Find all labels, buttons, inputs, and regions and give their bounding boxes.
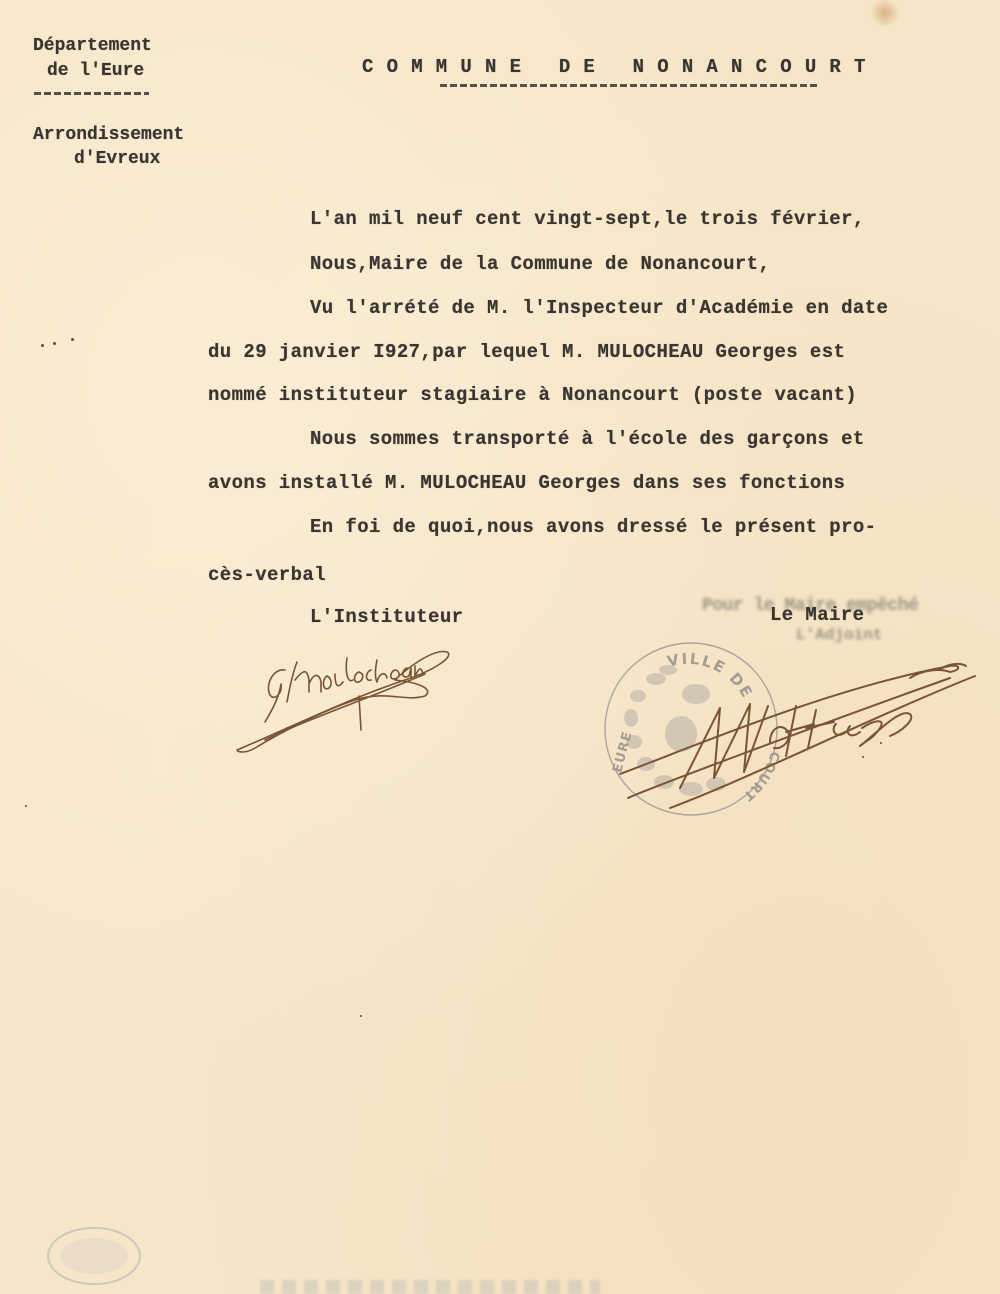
paper-speck (53, 342, 56, 345)
body-line-5: nommé instituteur stagiaire à Nonancourt… (208, 384, 857, 406)
faded-bottom-text (260, 1280, 600, 1294)
adjoint-stamp: L'Adjoint (796, 626, 882, 644)
body-line-9: cès-verbal (208, 564, 326, 586)
body-line-1: L'an mil neuf cent vingt-sept,le trois f… (310, 208, 865, 230)
paper-speck (41, 344, 44, 347)
arrondissement-line-2: d'Evreux (74, 149, 160, 169)
body-line-4: du 29 janvier I927,par lequel M. MULOCHE… (208, 341, 845, 363)
paper-speck (25, 805, 27, 807)
paper-speck (360, 1015, 362, 1017)
body-line-6: Nous sommes transporté à l'école des gar… (310, 428, 865, 450)
body-line-2: Nous,Maire de la Commune de Nonancourt, (310, 253, 770, 275)
paper-stain (868, 0, 902, 26)
body-line-8: En foi de quoi,nous avons dressé le prés… (310, 516, 877, 538)
department-line-2: de l'Eure (47, 61, 144, 81)
department-line-1: Département (33, 36, 152, 56)
header-left-rule (34, 92, 149, 95)
faded-archive-stamp (44, 1222, 144, 1292)
body-line-3: Vu l'arrété de M. l'Inspecteur d'Académi… (310, 297, 888, 319)
document-title: COMMUNE DE NONANCOURT (362, 56, 879, 78)
maire-signature (610, 648, 990, 818)
arrondissement-line-1: Arrondissement (33, 125, 184, 145)
paper-speck (71, 338, 74, 341)
title-underline (440, 84, 820, 87)
instituteur-signature (225, 640, 465, 770)
body-line-7: avons installé M. MULOCHEAU Georges dans… (208, 472, 845, 494)
maire-label: Le Maire (770, 604, 864, 626)
instituteur-label: L'Instituteur (310, 606, 463, 628)
